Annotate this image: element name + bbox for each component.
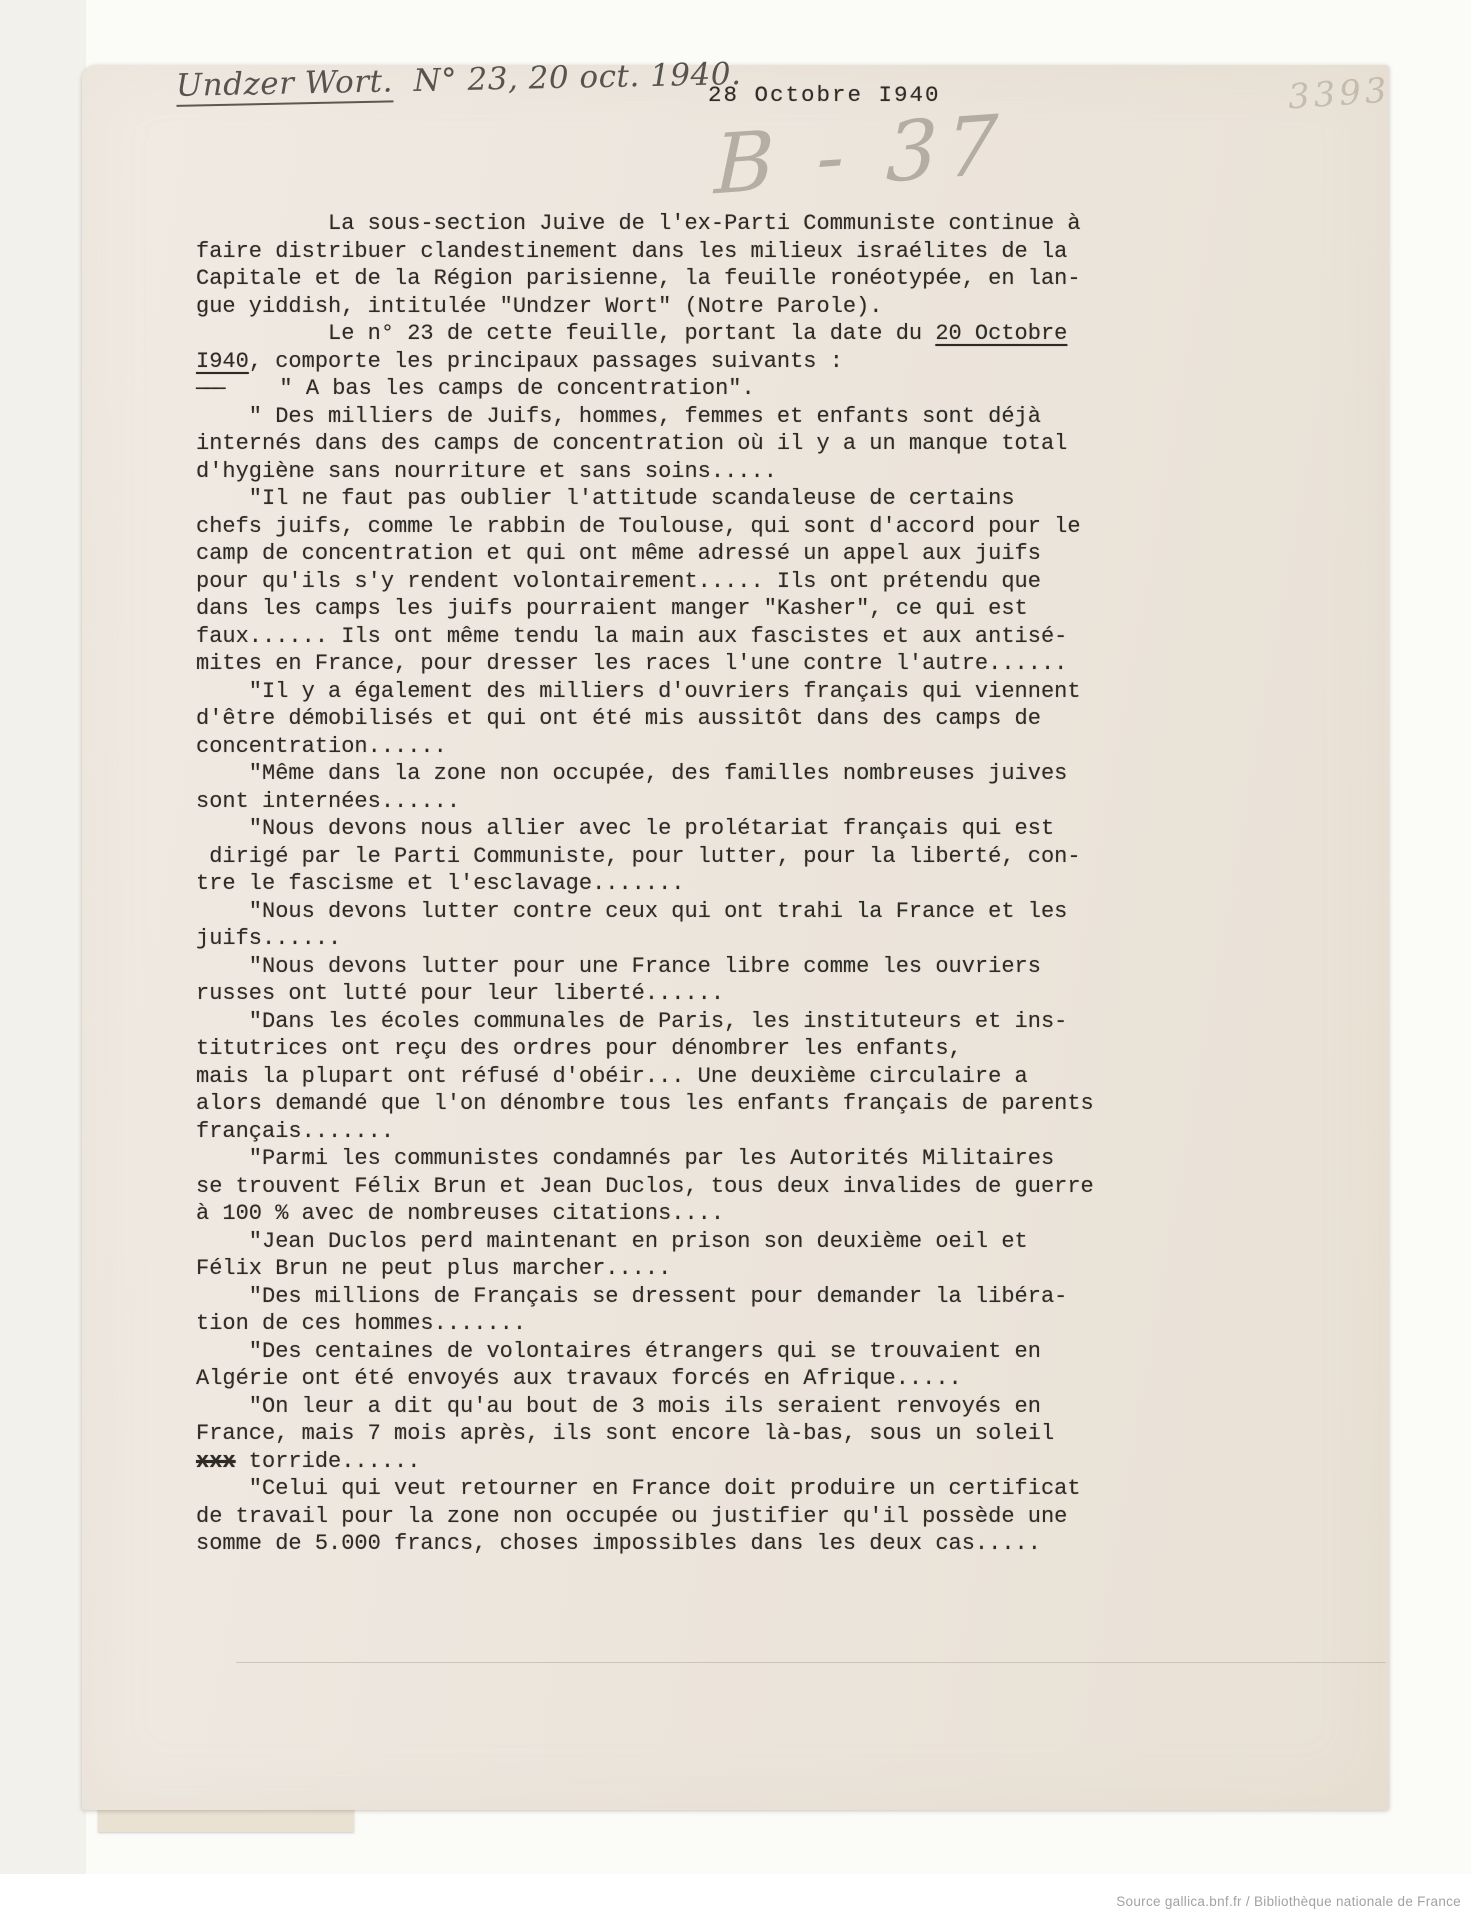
typed-segment: "Même dans la zone non occupée, des fami… — [196, 761, 1067, 786]
typed-segment: "Parmi les communistes condamnés par les… — [196, 1146, 1054, 1171]
typed-segment: "Des millions de Français se dressent po… — [196, 1284, 1067, 1309]
typed-line: "Même dans la zone non occupée, des fami… — [196, 760, 1094, 788]
typed-segment: Félix Brun ne peut plus marcher..... — [196, 1256, 671, 1281]
typed-text: La sous-section Juive de l'ex-Parti Comm… — [196, 210, 1094, 1558]
typed-segment: "Nous devons lutter contre ceux qui ont … — [196, 899, 1067, 924]
typed-line: "Jean Duclos perd maintenant en prison s… — [196, 1228, 1094, 1256]
typed-line: internés dans des camps de concentration… — [196, 430, 1094, 458]
typed-segment: "Dans les écoles communales de Paris, le… — [196, 1009, 1067, 1034]
typed-line: à 100 % avec de nombreuses citations.... — [196, 1200, 1094, 1228]
typed-line: "Nous devons nous allier avec le proléta… — [196, 815, 1094, 843]
typed-segment: faire distribuer clandestinement dans le… — [196, 239, 1067, 264]
typed-segment-strike: xxx — [196, 1449, 236, 1474]
scan-page: { "annotations": { "handwritten_underlin… — [0, 0, 1471, 1920]
typed-line: "Il y a également des milliers d'ouvrier… — [196, 678, 1094, 706]
typed-line: d'être démobilisés et qui ont été mis au… — [196, 705, 1094, 733]
typed-line: dirigé par le Parti Communiste, pour lut… — [196, 843, 1094, 871]
faint-pencil-number: 3393 — [1287, 70, 1392, 117]
source-attribution: Source gallica.bnf.fr / Bibliothèque nat… — [1116, 1894, 1461, 1909]
handwritten-title-underlined: Undzer Wort. — [176, 63, 394, 107]
typed-segment: somme de 5.000 francs, choses impossible… — [196, 1531, 1041, 1556]
typed-line: tre le fascisme et l'esclavage....... — [196, 870, 1094, 898]
typed-line: concentration...... — [196, 733, 1094, 761]
typed-line: "On leur a dit qu'au bout de 3 mois ils … — [196, 1393, 1094, 1421]
typed-line: russes ont lutté pour leur liberté...... — [196, 980, 1094, 1008]
typed-segment: français....... — [196, 1119, 394, 1144]
typed-segment: juifs...... — [196, 926, 341, 951]
typed-segment: La sous-section Juive de l'ex-Parti Comm… — [196, 211, 1081, 236]
typed-line: "Dans les écoles communales de Paris, le… — [196, 1008, 1094, 1036]
typed-segment: internés dans des camps de concentration… — [196, 431, 1067, 456]
typed-line: de travail pour la zone non occupée ou j… — [196, 1503, 1094, 1531]
typed-segment: tre le fascisme et l'esclavage....... — [196, 871, 684, 896]
typed-segment: " Des milliers de Juifs, hommes, femmes … — [196, 404, 1041, 429]
typed-line: I940, comporte les principaux passages s… — [196, 348, 1094, 376]
typed-segment: chefs juifs, comme le rabbin de Toulouse… — [196, 514, 1081, 539]
typed-line: "Nous devons lutter pour une France libr… — [196, 953, 1094, 981]
typed-line: "Parmi les communistes condamnés par les… — [196, 1145, 1094, 1173]
typed-line: " Des milliers de Juifs, hommes, femmes … — [196, 403, 1094, 431]
typed-line: d'hygiène sans nourriture et sans soins.… — [196, 458, 1094, 486]
typed-segment: gue yiddish, intitulée "Undzer Wort" (No… — [196, 294, 883, 319]
typed-line: Le n° 23 de cette feuille, portant la da… — [196, 320, 1094, 348]
typed-line: "Des millions de Français se dressent po… — [196, 1283, 1094, 1311]
typed-line: tion de ces hommes....... — [196, 1310, 1094, 1338]
typed-segment: Capitale et de la Région parisienne, la … — [196, 266, 1081, 291]
typed-segment: , comporte les principaux passages suiva… — [249, 349, 843, 374]
typed-segment: "Nous devons nous allier avec le proléta… — [196, 816, 1054, 841]
typed-line: somme de 5.000 francs, choses impossible… — [196, 1530, 1094, 1558]
paper-crease-line — [236, 1662, 1386, 1663]
typed-segment: dans les camps les juifs pourraient mang… — [196, 596, 1028, 621]
typed-line: juifs...... — [196, 925, 1094, 953]
typed-line: sont internées...... — [196, 788, 1094, 816]
typed-line: gue yiddish, intitulée "Undzer Wort" (No… — [196, 293, 1094, 321]
typed-line: se trouvent Félix Brun et Jean Duclos, t… — [196, 1173, 1094, 1201]
typed-segment: camp de concentration et qui ont même ad… — [196, 541, 1041, 566]
typed-segment: "Des centaines de volontaires étrangers … — [196, 1339, 1041, 1364]
typed-segment: mais la plupart ont réfusé d'obéir... Un… — [196, 1064, 1028, 1089]
typed-segment: d'être démobilisés et qui ont été mis au… — [196, 706, 1041, 731]
typed-line: France, mais 7 mois après, ils sont enco… — [196, 1420, 1094, 1448]
typed-segment: "Nous devons lutter pour une France libr… — [196, 954, 1041, 979]
typed-segment: tion de ces hommes....... — [196, 1311, 526, 1336]
typed-line: dans les camps les juifs pourraient mang… — [196, 595, 1094, 623]
footer-bar: Source gallica.bnf.fr / Bibliothèque nat… — [0, 1874, 1471, 1920]
typed-line: français....... — [196, 1118, 1094, 1146]
typed-segment: "Celui qui veut retourner en France doit… — [196, 1476, 1081, 1501]
typed-segment: "On leur a dit qu'au bout de 3 mois ils … — [196, 1394, 1041, 1419]
typed-line: "Nous devons lutter contre ceux qui ont … — [196, 898, 1094, 926]
typed-line: titutrices ont reçu des ordres pour déno… — [196, 1035, 1094, 1063]
typed-segment: d'hygiène sans nourriture et sans soins.… — [196, 459, 777, 484]
typed-line: pour qu'ils s'y rendent volontairement..… — [196, 568, 1094, 596]
typed-segment-u: I940 — [196, 349, 249, 374]
typed-segment: "Jean Duclos perd maintenant en prison s… — [196, 1229, 1028, 1254]
typed-line: Algérie ont été envoyés aux travaux forc… — [196, 1365, 1094, 1393]
typed-segment: "Il ne faut pas oublier l'attitude scand… — [196, 486, 1015, 511]
typed-line: "Il ne faut pas oublier l'attitude scand… — [196, 485, 1094, 513]
typed-segment: dirigé par le Parti Communiste, pour lut… — [196, 844, 1081, 869]
typed-segment: Algérie ont été envoyés aux travaux forc… — [196, 1366, 962, 1391]
typed-line: "Des centaines de volontaires étrangers … — [196, 1338, 1094, 1366]
typed-segment: France, mais 7 mois après, ils sont enco… — [196, 1421, 1054, 1446]
typed-line: xxx torride...... — [196, 1448, 1094, 1476]
typed-segment: sont internées...... — [196, 789, 460, 814]
typed-line: faire distribuer clandestinement dans le… — [196, 238, 1094, 266]
typed-line: camp de concentration et qui ont même ad… — [196, 540, 1094, 568]
typed-line: alors demandé que l'on dénombre tous les… — [196, 1090, 1094, 1118]
typed-line: mais la plupart ont réfusé d'obéir... Un… — [196, 1063, 1094, 1091]
typed-segment-dash: ——— — [196, 376, 221, 401]
typed-segment: "Il y a également des milliers d'ouvrier… — [196, 679, 1081, 704]
typed-segment: torride...... — [236, 1449, 421, 1474]
typed-segment: titutrices ont reçu des ordres pour déno… — [196, 1036, 962, 1061]
typed-line: La sous-section Juive de l'ex-Parti Comm… — [196, 210, 1094, 238]
typed-line: chefs juifs, comme le rabbin de Toulouse… — [196, 513, 1094, 541]
typed-line: ——— " A bas les camps de concentration". — [196, 375, 1094, 403]
typed-line: "Celui qui veut retourner en France doit… — [196, 1475, 1094, 1503]
typed-segment: se trouvent Félix Brun et Jean Duclos, t… — [196, 1174, 1094, 1199]
typed-segment: Le n° 23 de cette feuille, portant la da… — [196, 321, 935, 346]
typed-segment-u: 20 Octobre — [935, 321, 1067, 346]
typed-segment: faux...... Ils ont même tendu la main au… — [196, 624, 1067, 649]
typed-segment: de travail pour la zone non occupée ou j… — [196, 1504, 1067, 1529]
handwritten-annotation-rest: N° 23, 20 oct. 1940. — [392, 56, 741, 99]
typed-line: Félix Brun ne peut plus marcher..... — [196, 1255, 1094, 1283]
typed-segment: mites en France, pour dresser les races … — [196, 651, 1067, 676]
typed-segment: concentration...... — [196, 734, 447, 759]
typed-segment: russes ont lutté pour leur liberté...... — [196, 981, 724, 1006]
typed-line: mites en France, pour dresser les races … — [196, 650, 1094, 678]
scanner-background-strip — [0, 0, 86, 1874]
typed-segment: alors demandé que l'on dénombre tous les… — [196, 1091, 1094, 1116]
typed-line: Capitale et de la Région parisienne, la … — [196, 265, 1094, 293]
typed-line: faux...... Ils ont même tendu la main au… — [196, 623, 1094, 651]
typed-segment: à 100 % avec de nombreuses citations.... — [196, 1201, 724, 1226]
typed-segment: " A bas les camps de concentration". — [227, 376, 755, 401]
typed-segment: pour qu'ils s'y rendent volontairement..… — [196, 569, 1041, 594]
